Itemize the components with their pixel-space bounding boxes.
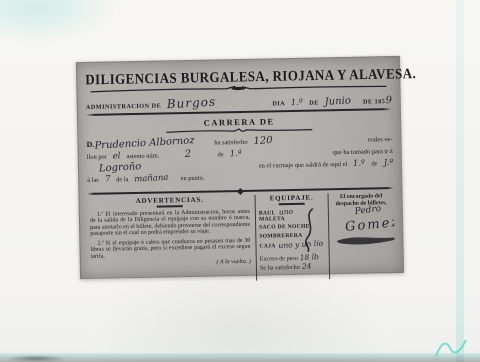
advertencias-column: ADVERTENCIAS. 1.ª El interesado presenta… xyxy=(88,195,258,284)
ticket-body: D. Prudencio Albornoz ha satisfecho 120 … xyxy=(86,134,393,188)
ticket-document: DILIGENCIAS BURGALESA, RIOJANA Y ALAVESA… xyxy=(76,56,404,279)
equipaje-label: MALETA xyxy=(259,216,285,222)
equipaje-heading: EQUIPAJE. xyxy=(259,193,325,205)
administration-value-handwritten: Burgos xyxy=(167,96,217,111)
seat-number-handwritten: 2 xyxy=(185,150,192,160)
depart-day-handwritten: 1.º xyxy=(353,159,366,168)
signature-flourish xyxy=(333,230,395,248)
printed-text: asiento núm. xyxy=(127,153,160,161)
class-handwritten: 1.ª xyxy=(229,150,242,159)
equipaje-column: EQUIPAJE. BAUL uno MALETA SACO DE NOCHE xyxy=(256,193,331,280)
satisfecho-row: Se ha satisfecho 24 xyxy=(260,262,326,272)
bottom-left-smudge xyxy=(6,355,66,362)
printed-text: que ha tomado para ir á xyxy=(333,148,393,156)
advertencias-heading: ADVERTENCIAS. xyxy=(90,195,250,209)
day-label: DIA xyxy=(272,100,285,107)
hour-handwritten: 7 xyxy=(105,175,111,184)
destination-handwritten: Logroño xyxy=(99,162,142,174)
don-abbrev: D. xyxy=(86,140,94,149)
advertencias-item-2: 2.ª Si el equipaje ó cabos que conduzca … xyxy=(90,237,250,260)
exceso-value-handwritten: 18 lb xyxy=(300,253,320,262)
time-of-day-handwritten: mañana xyxy=(134,174,169,184)
administration-label: ADMINISTRACION DE xyxy=(86,103,161,111)
equipaje-label: SOMBRERERA xyxy=(259,233,302,240)
el-handwritten: el xyxy=(113,152,121,161)
handwritten-brace xyxy=(298,207,319,253)
printed-text: en punto. xyxy=(181,175,205,182)
printed-text: reales ve- xyxy=(368,136,393,143)
equipaje-label: CAJA xyxy=(259,243,275,249)
printed-text: ha satisfecho xyxy=(214,139,247,147)
photo-bottom-band xyxy=(0,353,480,362)
year-digit-handwritten: 9 xyxy=(385,96,392,106)
lower-columns: ADVERTENCIAS. 1.ª El interesado presenta… xyxy=(88,192,396,284)
printed-text: de xyxy=(371,160,377,167)
advertencias-item-1: 1.ª El interesado presentará en la Admin… xyxy=(90,208,250,237)
exceso-label: Exceso de peso xyxy=(260,254,298,262)
printed-text: de la xyxy=(116,176,128,183)
satisfecho-value-handwritten: 24 xyxy=(302,262,312,270)
day-value-handwritten: 1.º xyxy=(291,99,304,108)
de-label: DE xyxy=(309,99,319,106)
printed-text: de xyxy=(218,151,224,158)
advertencias-footer: ( A la vuelta. ) xyxy=(91,259,251,268)
signature-first-handwritten: Pedro xyxy=(354,205,381,217)
equipaje-label: BAUL xyxy=(259,210,276,216)
cyan-squiggle-mark xyxy=(432,330,474,360)
despacho-column: El encargado del despacho de billetes, P… xyxy=(329,192,396,279)
year-label: DE 185 xyxy=(363,98,386,105)
depart-month-handwritten: J.º xyxy=(383,159,393,168)
photograph-background: DILIGENCIAS BURGALESA, RIOJANA Y ALAVESA… xyxy=(0,0,480,362)
month-value-handwritten: Junio xyxy=(325,96,352,107)
cyan-edge-tint xyxy=(456,0,464,362)
printed-text: á las xyxy=(87,177,99,184)
printed-text: llon por xyxy=(87,154,107,161)
equipaje-value-handwritten: uno xyxy=(278,207,293,215)
printed-text: en el carruaje que saldrá de aquí el xyxy=(259,161,348,170)
spacer xyxy=(217,105,273,106)
fare-amount-handwritten: 120 xyxy=(253,136,273,147)
satisfecho-label: Se ha satisfecho xyxy=(260,263,300,271)
